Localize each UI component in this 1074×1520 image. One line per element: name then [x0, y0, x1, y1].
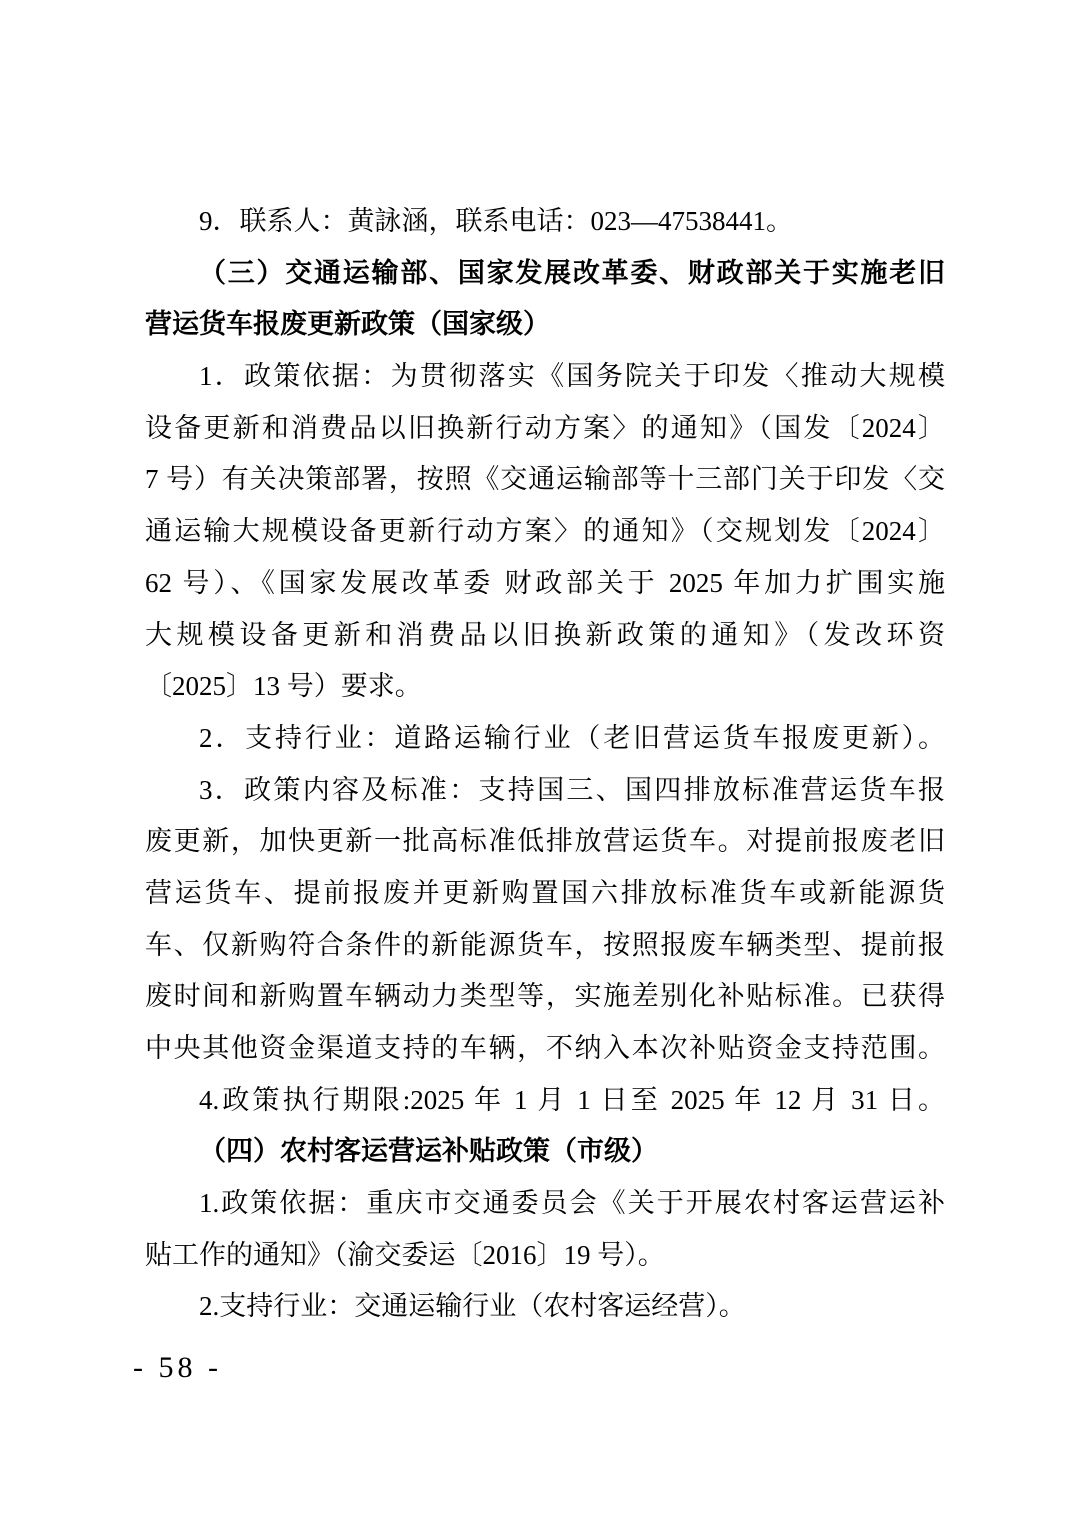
policy-basis-line-6: 大规模设备更新和消费品以旧换新政策的通知》（发改环资 — [145, 610, 945, 662]
rural-policy-basis-line-2: 贴工作的通知》（渝交委运〔2016〕19 号）。 — [145, 1230, 945, 1282]
supported-industry-line: 2．支持行业：道路运输行业（老旧营运货车报废更新）。 — [145, 713, 945, 765]
section-4-heading-line: （四）农村客运营运补贴政策（市级） — [145, 1126, 945, 1178]
policy-content-line-2: 废更新，加快更新一批高标准低排放营运货车。对提前报废老旧 — [145, 816, 945, 868]
policy-content-line-5: 废时间和新购置车辆动力类型等，实施差别化补贴标准。已获得 — [145, 971, 945, 1023]
contact-person-line: 9．联系人：黄詠涵，联系电话：023—47538441。 — [145, 196, 945, 248]
policy-period-line: 4.政策执行期限:2025 年 1 月 1 日至 2025 年 12 月 31 … — [145, 1075, 945, 1127]
page-number: - 58 - — [133, 1348, 222, 1388]
policy-basis-line-7: 〔2025〕13 号）要求。 — [145, 661, 945, 713]
policy-content-line-4: 车、仅新购符合条件的新能源货车，按照报废车辆类型、提前报 — [145, 920, 945, 972]
rural-policy-basis-line-1: 1.政策依据：重庆市交通委员会《关于开展农村客运营运补 — [145, 1178, 945, 1230]
section-3-heading-line-1: （三）交通运输部、国家发展改革委、财政部关于实施老旧 — [145, 248, 945, 300]
policy-content-line-3: 营运货车、提前报废并更新购置国六排放标准货车或新能源货 — [145, 868, 945, 920]
policy-basis-line-1: 1．政策依据：为贯彻落实《国务院关于印发〈推动大规模 — [145, 351, 945, 403]
document-body: 9．联系人：黄詠涵，联系电话：023—47538441。 （三）交通运输部、国家… — [145, 196, 945, 1333]
section-3-heading-line-2: 营运货车报废更新政策（国家级） — [145, 299, 945, 351]
policy-content-line-6: 中央其他资金渠道支持的车辆，不纳入本次补贴资金支持范围。 — [145, 1023, 945, 1075]
policy-basis-line-2: 设备更新和消费品以旧换新行动方案〉的通知》（国发〔2024〕 — [145, 403, 945, 455]
rural-supported-industry-line: 2.支持行业：交通运输行业（农村客运经营）。 — [145, 1281, 945, 1333]
policy-basis-line-4: 通运输大规模设备更新行动方案〉的通知》（交规划发〔2024〕 — [145, 506, 945, 558]
policy-basis-line-3: 7 号）有关决策部署，按照《交通运输部等十三部门关于印发〈交 — [145, 454, 945, 506]
document-page: 9．联系人：黄詠涵，联系电话：023—47538441。 （三）交通运输部、国家… — [0, 0, 1074, 1520]
policy-content-line-1: 3．政策内容及标准：支持国三、国四排放标准营运货车报 — [145, 765, 945, 817]
policy-basis-line-5: 62 号）、《国家发展改革委 财政部关于 2025 年加力扩围实施 — [145, 558, 945, 610]
